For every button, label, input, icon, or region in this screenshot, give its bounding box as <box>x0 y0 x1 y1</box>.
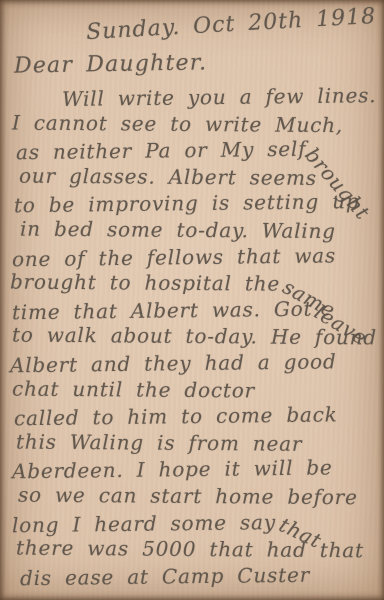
letter-line: to be improving is setting up <box>14 188 384 219</box>
letter-line: chat until the doctor <box>12 375 384 405</box>
letter-line: one of the fellows that was <box>12 241 384 272</box>
letter-line: brought to hospital thesame <box>10 269 384 299</box>
letter-line: there was 5000 that had that <box>16 535 384 564</box>
letter-line: in bed some to-day. Waling <box>20 216 384 245</box>
line-text: brought to hospital the <box>10 270 280 296</box>
line-text: so we can start home before <box>18 482 358 509</box>
letter-line: as neither Pa or My selfbrought <box>16 135 384 166</box>
line-text: as neither Pa or My self <box>16 137 307 165</box>
letter-scan: Sunday. Oct 20th 1918 Dear Daughter. Wil… <box>0 0 384 600</box>
letter-line: Aberdeen. I hope it will be <box>12 454 384 485</box>
letter-body: Will write you a few lines. I cannot see… <box>10 84 384 589</box>
letter-line: Albert and they had a good <box>10 348 384 379</box>
letter-line: called to him to come back <box>14 401 384 432</box>
line-text: I cannot see to write Much, <box>12 110 343 137</box>
line-text: Aberdeen. I hope it will be <box>12 456 333 484</box>
line-text: in bed some to-day. Waling <box>20 217 336 243</box>
letter-line: dis ease at Camp Custer <box>20 560 384 591</box>
line-text: chat until the doctor <box>12 376 255 402</box>
letter-line: Will write you a few lines. <box>62 82 384 113</box>
line-text: long I heard some say <box>12 510 276 537</box>
line-text: Albert and they had a good <box>10 349 337 377</box>
line-text: time that Albert was. Got <box>12 296 313 324</box>
line-text: dis ease at Camp Custer <box>20 562 310 590</box>
line-text: our glasses. Albert seems <box>19 163 317 189</box>
letter-line: so we can start home before <box>18 481 384 510</box>
line-text: there was 5000 that had that <box>16 536 364 563</box>
letter-line: this Waling is from near <box>16 428 384 457</box>
letter-line: our glasses. Albert seems <box>19 162 384 191</box>
letter-line: to walk about to-day. He found <box>12 322 384 352</box>
line-text: called to him to come back <box>14 402 338 430</box>
line-text: one of the fellows that was <box>12 243 336 271</box>
dateline: Sunday. Oct 20th 1918 <box>86 4 377 45</box>
letter-line: time that Albert was. Gotleave <box>12 294 384 325</box>
line-text: to be improving is setting up <box>14 189 360 217</box>
line-text: to walk about to-day. He found <box>12 323 377 350</box>
line-text: Will write you a few lines. <box>62 83 377 111</box>
letter-line: I cannot see to write Much, <box>12 109 384 139</box>
letter-line: long I heard some saythat <box>12 507 384 538</box>
line-text: this Waling is from near <box>16 429 302 455</box>
salutation: Dear Daughter. <box>14 50 208 78</box>
